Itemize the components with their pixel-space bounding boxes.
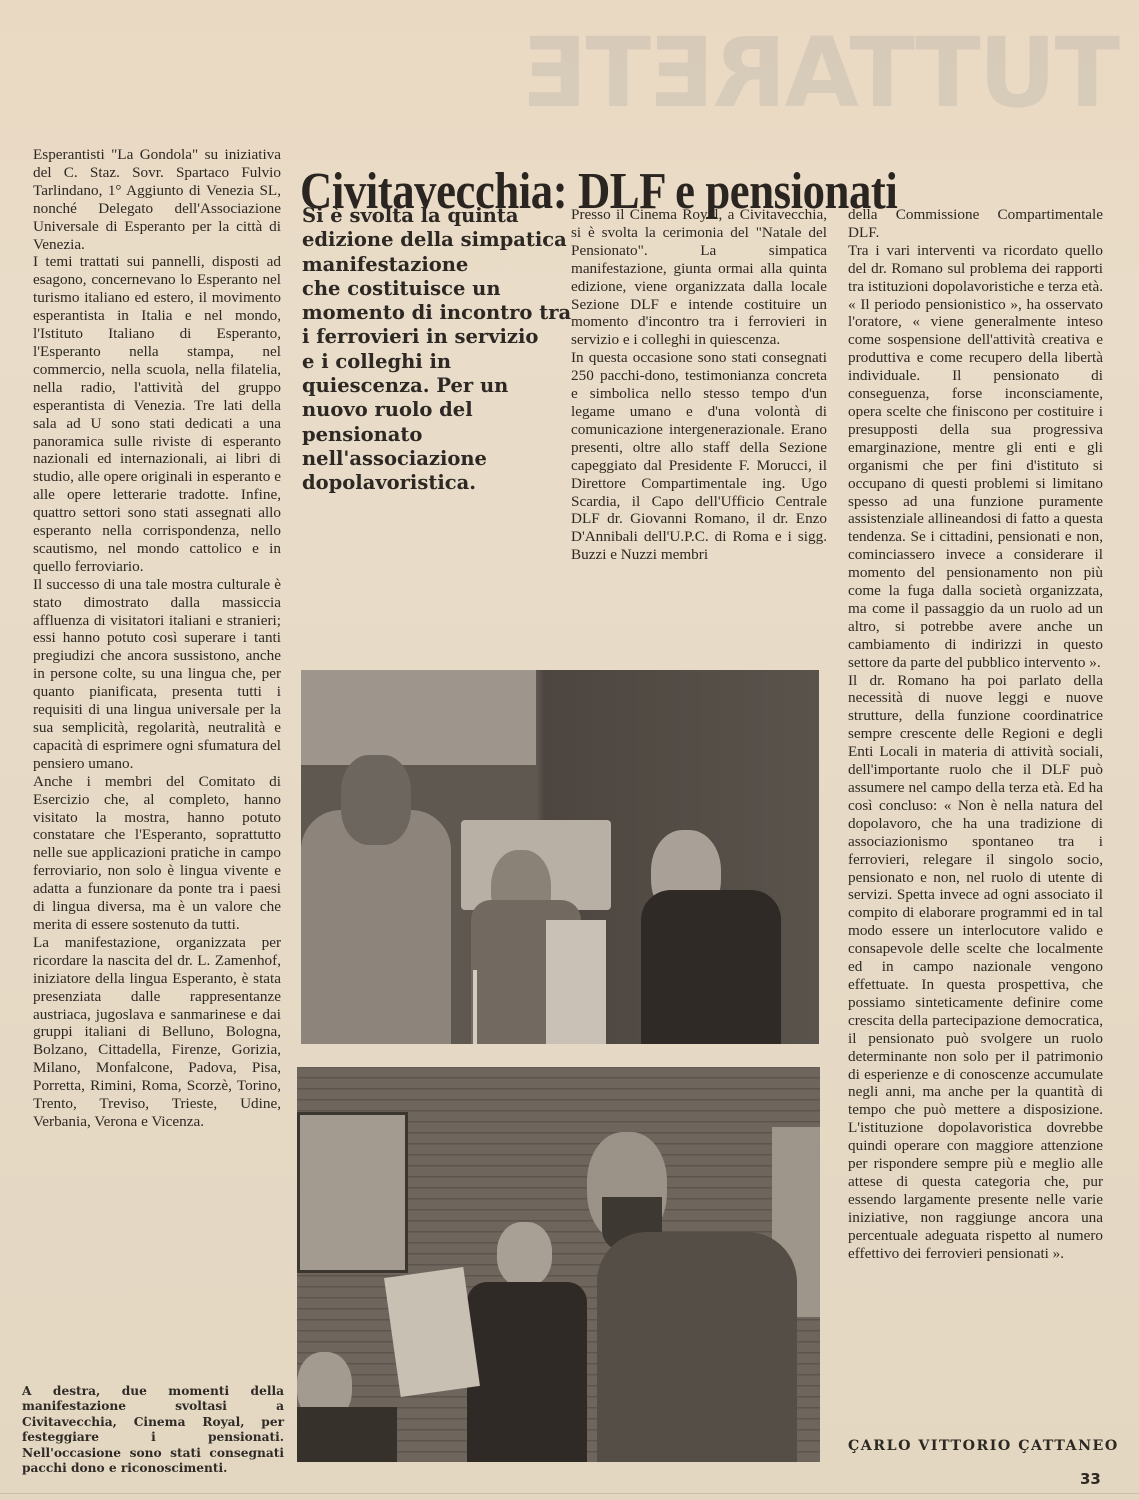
article-column-middle: Presso il Cinema Royal, a Civitavecchia,… (571, 206, 827, 564)
article-subhead: Si è svolta la quinta edizione della sim… (302, 204, 562, 496)
previous-article-column: Esperantisti "La Gondola" su iniziativa … (33, 146, 281, 1131)
subhead-line: edizione della simpatica (302, 228, 562, 252)
paragraph: In questa occasione sono stati consegnat… (571, 349, 827, 564)
page-number: 33 (1080, 1470, 1101, 1488)
paragraph: Anche i membri del Comitato di Esercizio… (33, 773, 281, 934)
paragraph: Tra i vari interventi va ricordato quell… (848, 242, 1103, 672)
subhead-line: pensionato (302, 423, 562, 447)
paragraph: I temi trattati sui pannelli, disposti a… (33, 253, 281, 575)
paragraph: Esperantisti "La Gondola" su iniziativa … (33, 146, 281, 253)
paragraph: della Commissione Compartimentale DLF. (848, 206, 1103, 242)
photo-caption: A destra, due momenti della manifestazio… (22, 1384, 284, 1476)
bleed-through-text: TUTTARETE (580, 28, 1120, 118)
paragraph: Il successo di una tale mostra culturale… (33, 576, 281, 773)
paragraph: Il dr. Romano ha poi parlato della neces… (848, 672, 1103, 1263)
subhead-line: che costituisce un (302, 277, 562, 301)
author-byline: ÇARLO VITTORIO ÇATTANEO (848, 1438, 1108, 1454)
subhead-line: dopolavoristica. (302, 471, 562, 495)
subhead-line: manifestazione (302, 253, 562, 277)
subhead-line: nuovo ruolo del (302, 398, 562, 422)
subhead-line: i ferrovieri in servizio (302, 325, 562, 349)
subhead-line: nell'associazione (302, 447, 562, 471)
subhead-line: momento di incontro tra (302, 301, 562, 325)
subhead-line: quiescenza. Per un (302, 374, 562, 398)
article-column-right: della Commissione Compartimentale DLF. T… (848, 206, 1103, 1262)
page-bottom-rule (0, 1493, 1139, 1494)
photo-plaque-award (297, 1067, 820, 1462)
photo-microphone-interview (301, 670, 819, 1044)
subhead-line: e i colleghi in (302, 350, 562, 374)
subhead-line: Si è svolta la quinta (302, 204, 562, 228)
paragraph: La manifestazione, organizzata per ricor… (33, 934, 281, 1131)
paragraph: Presso il Cinema Royal, a Civitavecchia,… (571, 206, 827, 349)
